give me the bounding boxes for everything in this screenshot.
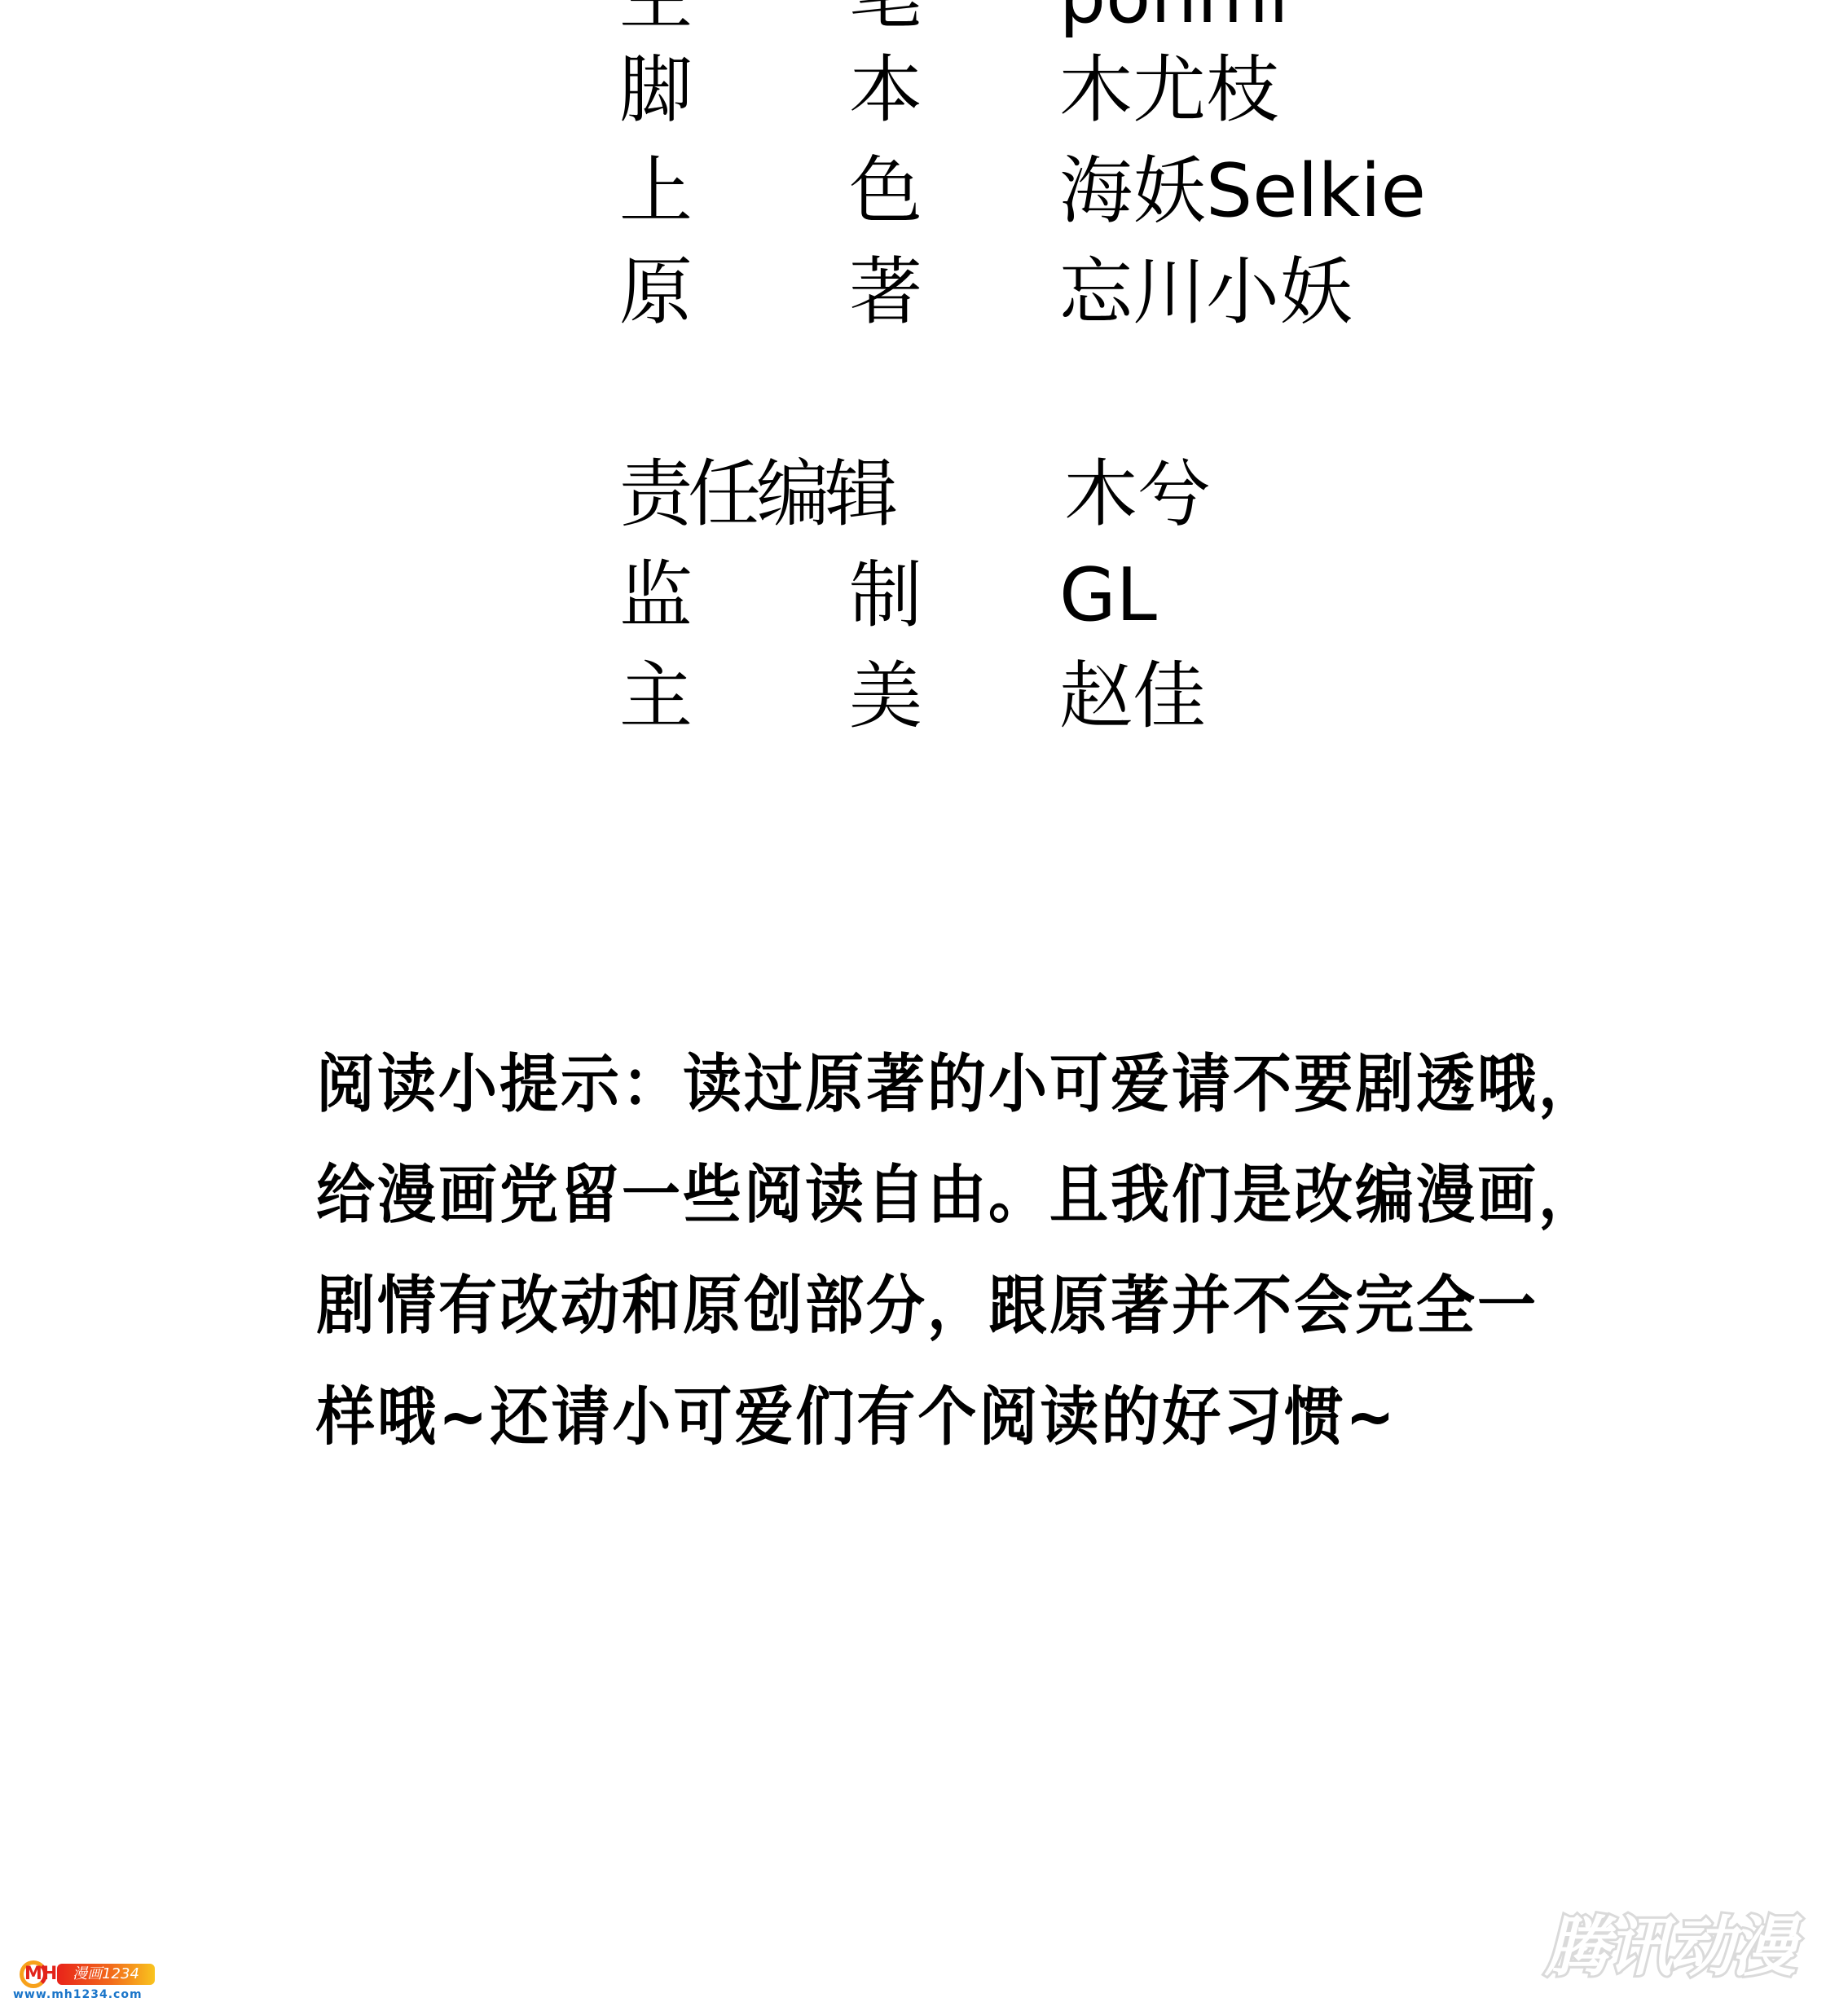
credit-role-char: 本 <box>849 46 922 135</box>
reading-tip: 阅读小提示：读过原著的小可爱请不要剧透哦， 给漫画党留一些阅读自由。且我们是改编… <box>316 1028 1620 1472</box>
credit-role-char: 上 <box>619 147 693 236</box>
credit-name: 木兮 <box>1064 450 1211 539</box>
credit-role-char: 脚 <box>619 46 693 135</box>
credit-role-char: 监 <box>619 551 693 640</box>
credit-role-char: 主 <box>619 652 693 741</box>
mh1234-watermark: MH 漫画1234 www.mh1234.com <box>2 1956 165 2002</box>
tencent-comics-watermark: 腾讯动漫 <box>1545 1911 1832 1984</box>
credit-name: 忘川小妖 <box>1059 248 1353 337</box>
credit-name: 海妖Selkie <box>1059 147 1426 236</box>
credit-role-char: 笔 <box>849 0 922 42</box>
reading-tip-line: 剧情有改动和原创部分，跟原著并不会完全一 <box>316 1250 1620 1361</box>
credit-name: GL <box>1059 551 1157 640</box>
credit-role-char: 主 <box>619 0 693 42</box>
credit-name: 赵佳 <box>1059 652 1206 741</box>
credit-role-char: 制 <box>849 551 922 640</box>
mh-logo-mark: MH <box>24 1963 57 1986</box>
credit-role-char: 原 <box>619 248 693 337</box>
mh1234-url: www.mh1234.com <box>13 1988 143 2001</box>
credit-role-char: 美 <box>849 652 922 741</box>
mh1234-badge: 漫画1234 <box>57 1964 155 1985</box>
credit-role-char: 色 <box>849 147 922 236</box>
credit-name: ponmi <box>1059 0 1289 42</box>
credit-role-char: 著 <box>849 248 922 337</box>
credit-name: 木尤枝 <box>1059 46 1279 135</box>
reading-tip-line: 阅读小提示：读过原著的小可爱请不要剧透哦， <box>316 1028 1620 1139</box>
credit-role: 责任编辑 <box>619 450 893 539</box>
reading-tip-line: 样哦~还请小可爱们有个阅读的好习惯~ <box>316 1361 1620 1472</box>
reading-tip-line: 给漫画党留一些阅读自由。且我们是改编漫画， <box>316 1139 1620 1250</box>
